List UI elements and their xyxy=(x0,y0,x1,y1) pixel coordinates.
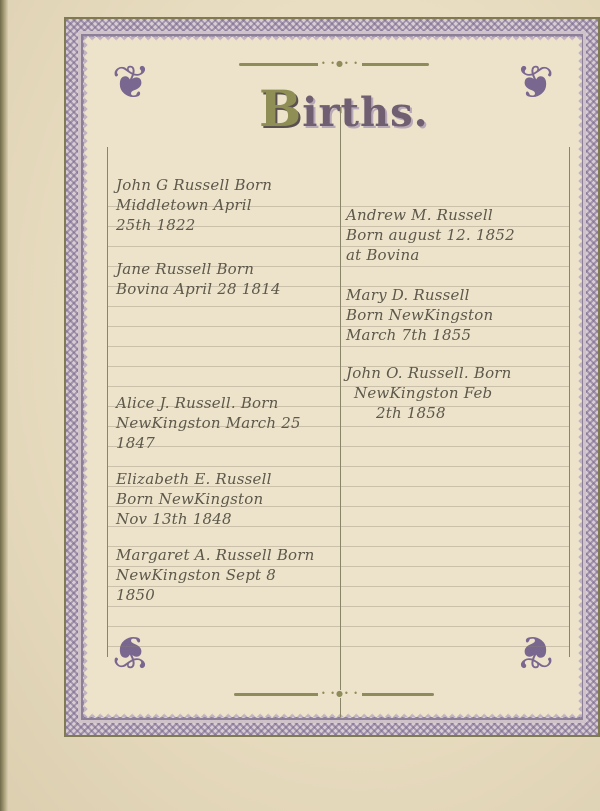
left-margin-rule xyxy=(107,147,108,657)
entry-line: Mary D. Russell xyxy=(346,285,493,305)
entry-line: 1847 xyxy=(116,433,301,453)
birth-entry: John G Russell Born Middletown April 25t… xyxy=(116,175,272,235)
birth-entry: Mary D. Russell Born NewKingston March 7… xyxy=(346,285,493,345)
entry-line: Jane Russell Born xyxy=(116,259,281,279)
corner-ornament-icon: ❦ xyxy=(96,47,166,117)
zigzag-border-right xyxy=(576,37,582,717)
birth-entry: Elizabeth E. Russell Born NewKingston No… xyxy=(116,469,272,529)
title-initial: B xyxy=(259,79,302,138)
right-margin-rule xyxy=(569,147,570,657)
birth-entry: Jane Russell Born Bovina April 28 1814 xyxy=(116,259,281,299)
entry-line: March 7th 1855 xyxy=(346,325,493,345)
entry-line: Andrew M. Russell xyxy=(346,205,515,225)
entry-line: 2th 1858 xyxy=(346,403,512,423)
book-binding xyxy=(0,0,8,811)
entry-line: Alice J. Russell. Born xyxy=(116,393,301,413)
entry-line: 25th 1822 xyxy=(116,215,272,235)
entry-line: Middletown April xyxy=(116,195,272,215)
column-divider xyxy=(340,107,341,717)
entry-line: 1850 xyxy=(116,585,315,605)
entry-line: Nov 13th 1848 xyxy=(116,509,272,529)
entry-line: at Bovina xyxy=(346,245,515,265)
birth-entry: Alice J. Russell. Born NewKingston March… xyxy=(116,393,301,453)
entry-line: Bovina April 28 1814 xyxy=(116,279,281,299)
entry-line: Born NewKingston xyxy=(116,489,272,509)
entry-line: Margaret A. Russell Born xyxy=(116,545,315,565)
birth-entry: Margaret A. Russell Born NewKingston Sep… xyxy=(116,545,315,605)
zigzag-border-left xyxy=(84,37,90,717)
birth-entry: John O. Russell. Born NewKingston Feb 2t… xyxy=(346,363,512,423)
entry-line: John O. Russell. Born xyxy=(346,363,512,383)
title-text: irths. xyxy=(302,89,428,136)
entry-line: NewKingston Sept 8 xyxy=(116,565,315,585)
entry-line: John G Russell Born xyxy=(116,175,272,195)
births-register-page: ❦ ❦ ❦ ❦ • •●• • Births. John G Russell B… xyxy=(84,37,582,717)
birth-entry: Andrew M. Russell Born august 12. 1852 a… xyxy=(346,205,515,265)
entry-line: Born august 12. 1852 xyxy=(346,225,515,245)
entry-line: Elizabeth E. Russell xyxy=(116,469,272,489)
title-rule-dots: • •●• • xyxy=(318,60,362,68)
rule-dots-bottom: • •●• • xyxy=(318,690,362,698)
entry-line: NewKingston Feb xyxy=(346,383,512,403)
page-title: Births. xyxy=(259,79,429,138)
zigzag-border-top xyxy=(84,37,582,43)
zigzag-border-bottom xyxy=(84,711,582,717)
entry-line: Born NewKingston xyxy=(346,305,493,325)
entry-line: NewKingston March 25 xyxy=(116,413,301,433)
corner-ornament-icon: ❦ xyxy=(500,47,570,117)
